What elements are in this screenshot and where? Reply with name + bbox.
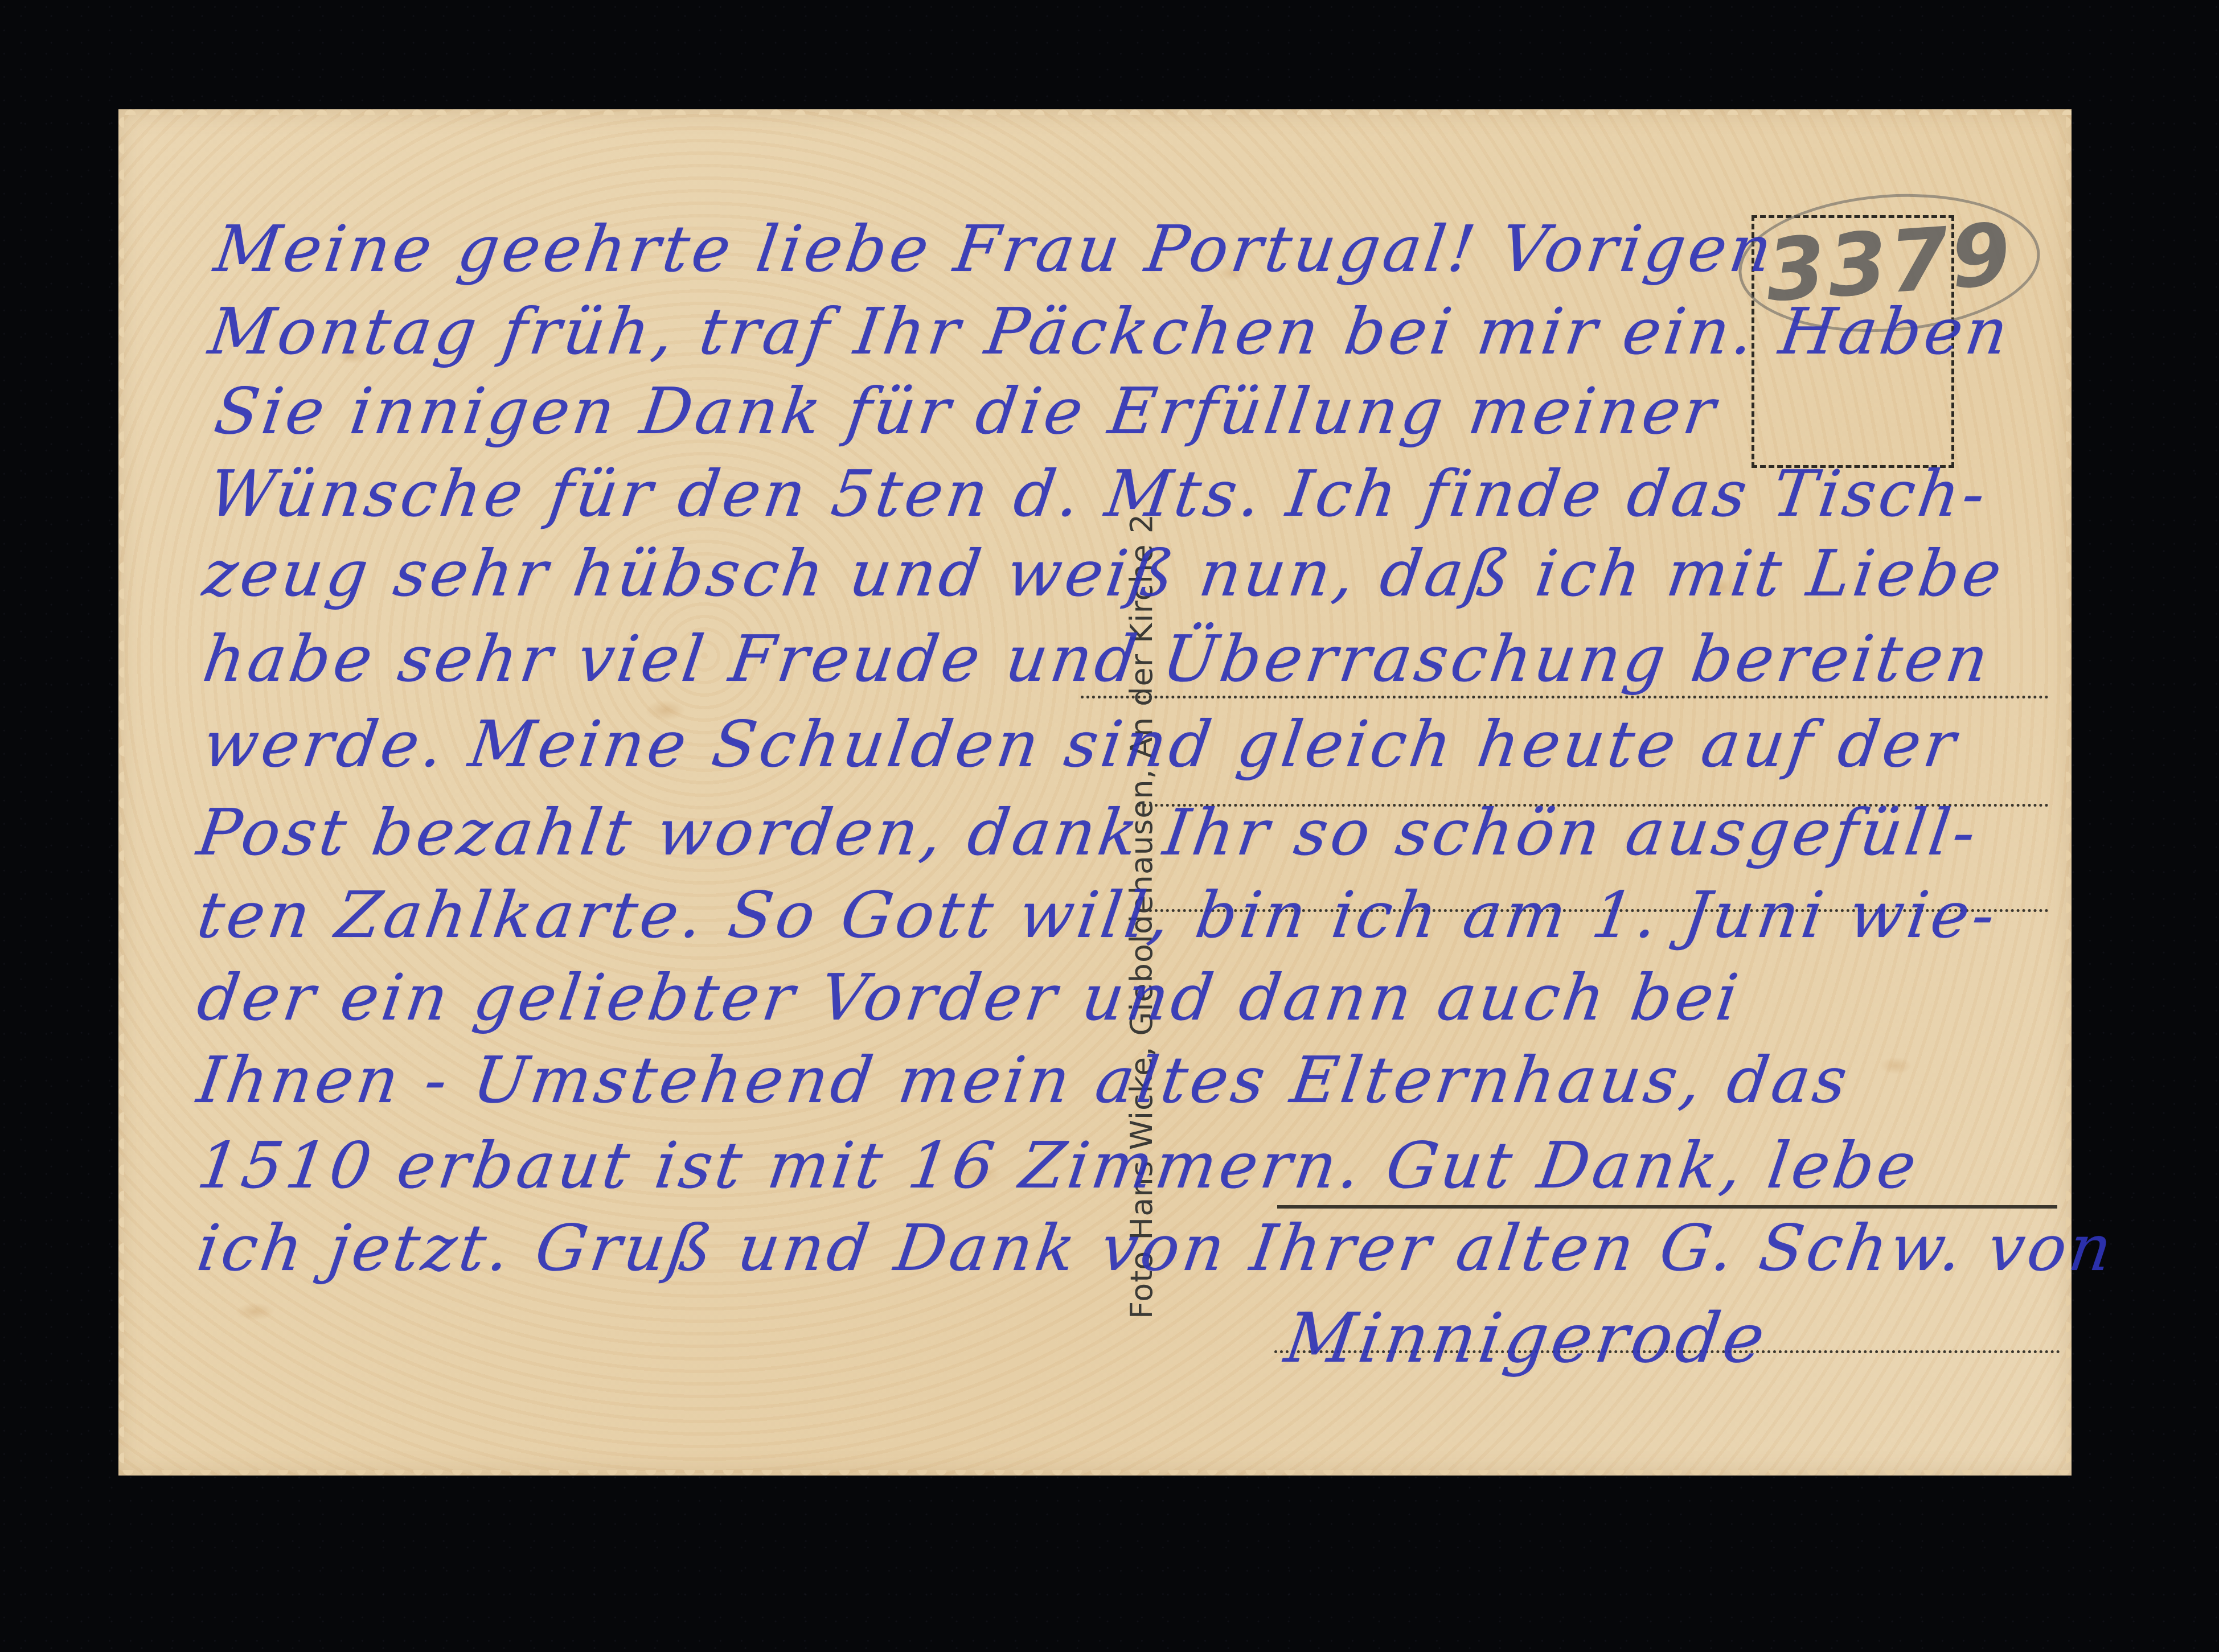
handwriting-line-1: Meine geehrte liebe Frau Portugal! Vorig…	[211, 217, 1779, 281]
handwriting-line-8: Post bezahlt worden, dank Ihr so schön a…	[194, 801, 1983, 865]
handwriting-line-13: ich jetzt. Gruß und Dank von Ihrer alten…	[194, 1217, 2119, 1280]
handwriting-line-3: Sie innigen Dank für die Erfüllung meine…	[211, 380, 1722, 443]
handwriting-line-4: Wünsche für den 5ten d. Mts. Ich finde d…	[205, 462, 1992, 526]
handwriting-line-12: 1510 erbaut ist mit 16 Zimmern. Gut Dank…	[194, 1134, 1923, 1198]
address-line-4	[1277, 1205, 2057, 1209]
handwriting-line-11: Ihnen - Umstehend mein altes Elternhaus,…	[194, 1049, 1854, 1112]
handwriting-line-10: der ein geliebter Vorder und dann auch b…	[194, 966, 1745, 1030]
handwriting-line-2: Montag früh, traf Ihr Päckchen bei mir e…	[205, 300, 2015, 364]
handwriting-line-5: zeug sehr hübsch und weiß nun, daß ich m…	[199, 542, 2008, 606]
handwriting-line-6: habe sehr viel Freude und Überraschung b…	[199, 627, 1995, 691]
handwriting-line-9: ten Zahlkarte. So Gott will, bin ich am …	[194, 883, 2002, 947]
postcard: 3379 Foto Hans Wicke, Gieboldehausen, An…	[118, 109, 2072, 1476]
signature: Minnigerode	[1281, 1305, 1772, 1373]
handwriting-line-7: werde. Meine Schulden sind gleich heute …	[199, 713, 1962, 776]
